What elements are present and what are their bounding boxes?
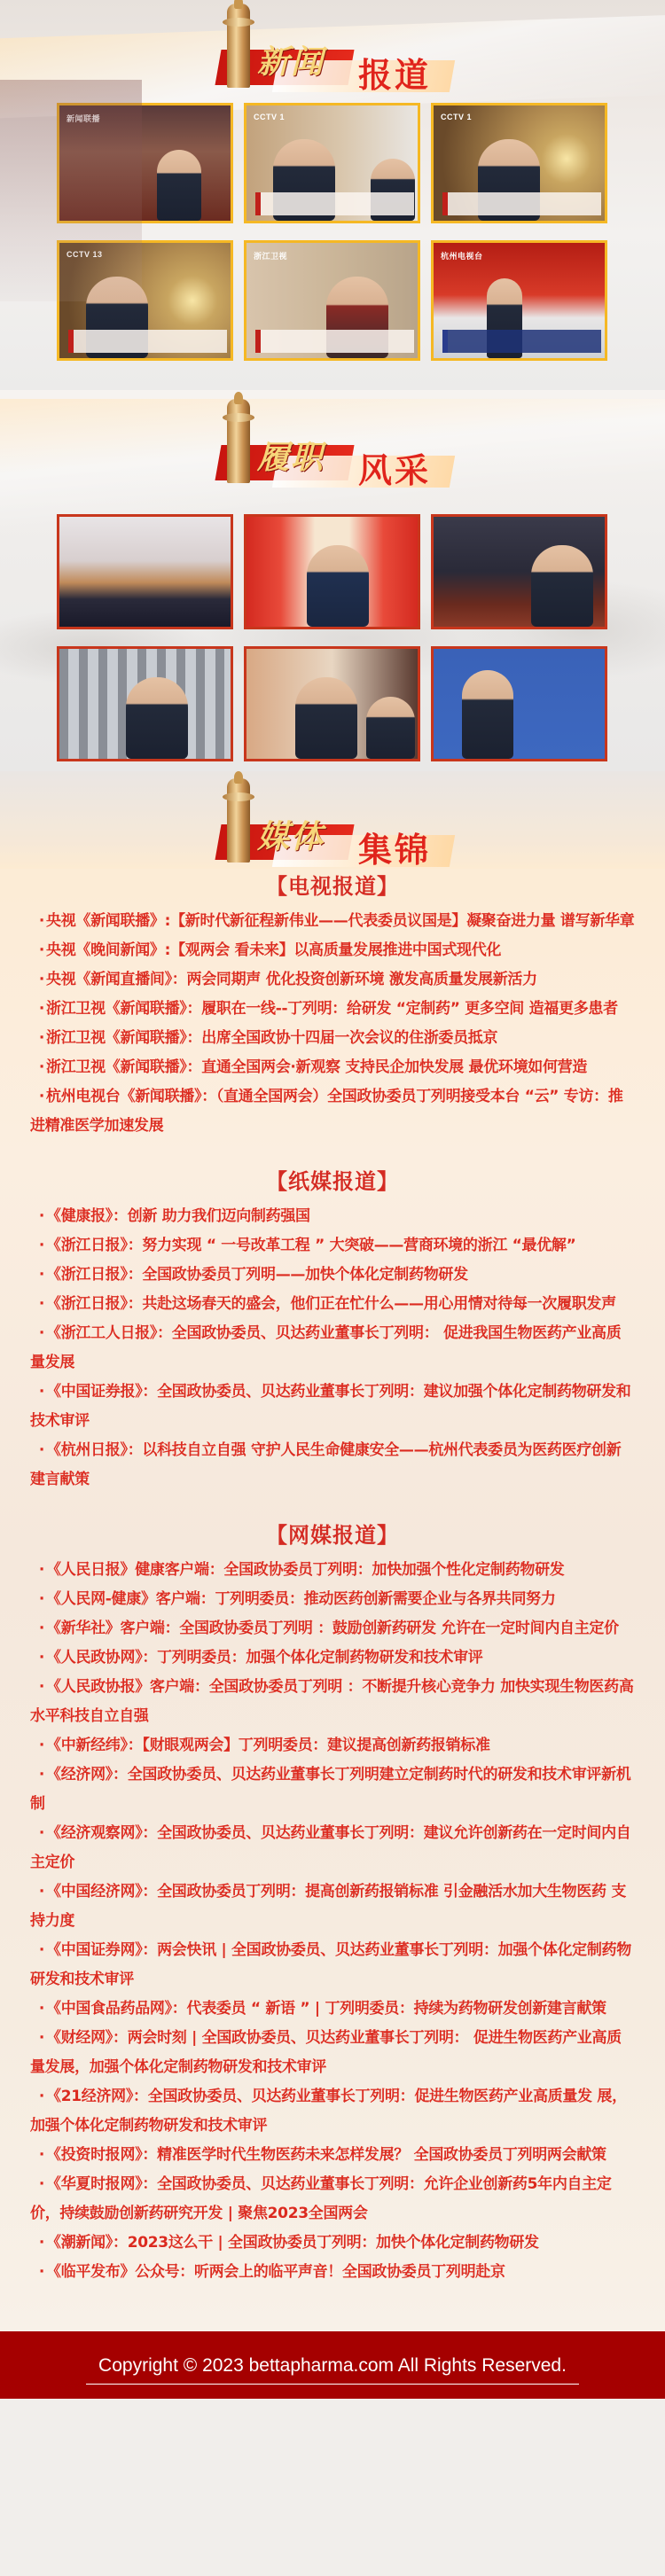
bullet-icon: · — [34, 1082, 46, 1112]
list-item[interactable]: ·《人民政协网》：丁列明委员：加强个体化定制药物研发和技术审评 — [30, 1643, 635, 1673]
duty-photo-grid — [57, 514, 608, 761]
bullet-icon: · — [34, 1877, 46, 1907]
list-item[interactable]: ·《人民网-健康》客户端：丁列明委员：推动医药创新需要企业与各界共同努力 — [30, 1585, 635, 1614]
list-item[interactable]: ·《浙江工人日报》：全国政协委员、贝达药业董事长丁列明： 促进我国生物医药产业高… — [30, 1319, 635, 1378]
list-item[interactable]: ·《健康报》：创新 助力我们迈向制药强国 — [30, 1202, 635, 1231]
bullet-icon: · — [34, 1643, 46, 1673]
bullet-icon: · — [34, 995, 46, 1024]
duty-photo-2[interactable] — [244, 514, 420, 629]
channel-logo: CCTV 13 — [66, 250, 103, 259]
bullet-icon: · — [34, 1614, 46, 1643]
title-script-text: 媒体 — [257, 812, 325, 857]
bullet-icon: · — [34, 1319, 46, 1348]
media-section: 媒体 集锦 【电视报道】 ·央视《新闻联播》:【新时代新征程新伟业——代表委员议… — [0, 771, 665, 2331]
bullet-icon: · — [34, 1556, 46, 1585]
news-section-title: 新闻 报道 — [218, 4, 458, 92]
channel-logo: 新闻联播 — [66, 113, 100, 124]
channel-logo: CCTV 1 — [254, 113, 285, 121]
bullet-icon: · — [34, 1994, 46, 2024]
print-report-list: ·《健康报》：创新 助力我们迈向制药强国 ·《浙江日报》：努力实现 “ 一号改革… — [30, 1202, 635, 1495]
news-photo-grid: 新闻联播 CCTV 1 CCTV 1 CCTV 13 浙江卫视 — [57, 103, 608, 361]
list-item[interactable]: ·《杭州日报》：以科技自立自强 守护人民生命健康安全——杭州代表委员为医药医疗创… — [30, 1436, 635, 1495]
list-item[interactable]: ·浙江卫视《新闻联播》：直通全国两会·新观察 支持民企加快发展 最优环境如何营造 — [30, 1053, 635, 1082]
media-section-header: 媒体 集锦 — [0, 771, 665, 869]
tv-caption-bar — [442, 330, 601, 353]
list-item[interactable]: ·《人民日报》健康客户端：全国政协委员丁列明：加快加强个性化定制药物研发 — [30, 1556, 635, 1585]
category-title-print: 【纸媒报道】 — [30, 1164, 635, 1195]
bullet-icon: · — [34, 1936, 46, 1965]
duty-section: 履职 风采 — [0, 390, 665, 771]
title-plain-text: 报道 — [358, 48, 431, 97]
category-title-online: 【网媒报道】 — [30, 1518, 635, 1549]
news-photo-6[interactable]: 杭州电视台 — [431, 240, 607, 361]
list-item[interactable]: ·《中国经济网》：全国政协委员丁列明：提高创新药报销标准 引金融活水加大生物医药… — [30, 1877, 635, 1936]
news-photo-2[interactable]: CCTV 1 — [244, 103, 420, 223]
tv-caption-bar — [68, 330, 227, 353]
tv-caption-bar — [255, 192, 414, 215]
huabiao-pillar-icon — [227, 778, 250, 863]
bullet-icon: · — [34, 1585, 46, 1614]
list-item[interactable]: ·浙江卫视《新闻联播》：出席全国政协十四届一次会议的住浙委员抵京 — [30, 1024, 635, 1053]
title-script-text: 新闻 — [257, 37, 325, 82]
list-item[interactable]: ·《临平发布》公众号：听两会上的临平声音！全国政协委员丁列明赴京 — [30, 2258, 635, 2287]
list-item[interactable]: ·《经济观察网》：全国政协委员、贝达药业董事长丁列明：建议允许创新药在一定时间内… — [30, 1819, 635, 1877]
title-plain-text: 集锦 — [358, 823, 431, 871]
bullet-icon: · — [34, 2082, 46, 2112]
bullet-icon: · — [34, 1231, 46, 1261]
media-content: 【电视报道】 ·央视《新闻联播》:【新时代新征程新伟业——代表委员议国是】凝聚奋… — [0, 869, 665, 2287]
channel-logo: 浙江卫视 — [254, 250, 287, 262]
online-report-list: ·《人民日报》健康客户端：全国政协委员丁列明：加快加强个性化定制药物研发 ·《人… — [30, 1556, 635, 2287]
news-photo-5[interactable]: 浙江卫视 — [244, 240, 420, 361]
bullet-icon: · — [34, 2024, 46, 2053]
media-section-title: 媒体 集锦 — [218, 778, 458, 867]
category-title-tv: 【电视报道】 — [30, 869, 635, 900]
huabiao-pillar-icon — [227, 4, 250, 88]
list-item[interactable]: ·央视《新闻直播间》：两会同期声 优化投资创新环境 激发高质量发展新活力 — [30, 965, 635, 995]
bullet-icon: · — [34, 907, 46, 936]
bullet-icon: · — [34, 2141, 46, 2170]
list-item[interactable]: ·《中新经纬》：【财眼观两会】丁列明委员：建议提高创新药报销标准 — [30, 1731, 635, 1760]
bullet-icon: · — [34, 965, 46, 995]
list-item[interactable]: ·央视《晚间新闻》:【观两会 看未来】以高质量发展推进中国式现代化 — [30, 936, 635, 965]
bullet-icon: · — [34, 1053, 46, 1082]
list-item[interactable]: ·《财经网》：两会时刻 | 全国政协委员、贝达药业董事长丁列明： 促进生物医药产… — [30, 2024, 635, 2082]
list-item[interactable]: ·浙江卫视《新闻联播》：履职在一线--丁列明：给研发 “定制药” 更多空间 造福… — [30, 995, 635, 1024]
list-item[interactable]: ·《人民政协报》客户端：全国政协委员丁列明 ：不断提升核心竞争力 加快实现生物医… — [30, 1673, 635, 1731]
tv-report-list: ·央视《新闻联播》:【新时代新征程新伟业——代表委员议国是】凝聚奋进力量 谱写新… — [30, 907, 635, 1141]
duty-photo-1[interactable] — [57, 514, 233, 629]
bullet-icon: · — [34, 1731, 46, 1760]
tv-caption-bar — [442, 192, 601, 215]
bullet-icon: · — [34, 936, 46, 965]
bullet-icon: · — [34, 1202, 46, 1231]
list-item[interactable]: ·《中国证券网》：两会快讯 | 全国政协委员、贝达药业董事长丁列明：加强个体化定… — [30, 1936, 635, 1994]
title-plain-text: 风采 — [358, 443, 431, 492]
list-item[interactable]: ·《投资时报网》：精准医学时代生物医药未来怎样发展？ 全国政协委员丁列明两会献策 — [30, 2141, 635, 2170]
bullet-icon: · — [34, 2229, 46, 2258]
bullet-icon: · — [34, 1290, 46, 1319]
copyright-text: Copyright © 2023 bettapharma.com All Rig… — [86, 2355, 579, 2385]
bullet-icon: · — [34, 2258, 46, 2287]
news-section: 新闻 报道 新闻联播 CCTV 1 CCTV 1 CCTV 13 — [0, 0, 665, 390]
list-item[interactable]: ·《中国证券报》：全国政协委员、贝达药业董事长丁列明：建议加强个体化定制药物研发… — [30, 1378, 635, 1436]
list-item[interactable]: ·《经济网》：全国政协委员、贝达药业董事长丁列明建立定制药时代的研发和技术审评新… — [30, 1760, 635, 1819]
bullet-icon: · — [34, 1436, 46, 1465]
bullet-icon: · — [34, 2170, 46, 2199]
list-item[interactable]: ·《浙江日报》：努力实现 “ 一号改革工程 ” 大突破——营商环境的浙江 “最优… — [30, 1231, 635, 1261]
footer: Copyright © 2023 bettapharma.com All Rig… — [0, 2331, 665, 2399]
list-item[interactable]: ·《潮新闻》：2023这么干 | 全国政协委员丁列明：加快个体化定制药物研发 — [30, 2229, 635, 2258]
list-item[interactable]: ·《新华社》客户端：全国政协委员丁列明 ：鼓励创新药研发 允许在一定时间内自主定… — [30, 1614, 635, 1643]
duty-photo-4[interactable] — [57, 646, 233, 761]
list-item[interactable]: ·央视《新闻联播》:【新时代新征程新伟业——代表委员议国是】凝聚奋进力量 谱写新… — [30, 907, 635, 936]
duty-photo-6[interactable] — [431, 646, 607, 761]
news-photo-3[interactable]: CCTV 1 — [431, 103, 607, 223]
tv-caption-bar — [255, 330, 414, 353]
title-script-text: 履职 — [257, 433, 325, 478]
duty-section-title: 履职 风采 — [218, 399, 458, 488]
duty-photo-5[interactable] — [244, 646, 420, 761]
list-item[interactable]: ·杭州电视台《新闻联播》：（直通全国两会）全国政协委员丁列明接受本台 “云” 专… — [30, 1082, 635, 1141]
list-item[interactable]: ·《华夏时报网》：全国政协委员、贝达药业董事长丁列明：允许企业创新药5年内自主定… — [30, 2170, 635, 2229]
bullet-icon: · — [34, 1760, 46, 1790]
list-item[interactable]: ·《中国食品药品网》：代表委员 “ 新语 ” | 丁列明委员：持续为药物研发创新… — [30, 1994, 635, 2024]
list-item[interactable]: ·《21经济网》：全国政协委员、贝达药业董事长丁列明：促进生物医药产业高质量发 … — [30, 2082, 635, 2141]
bullet-icon: · — [34, 1819, 46, 1848]
channel-logo: 杭州电视台 — [441, 250, 483, 262]
channel-logo: CCTV 1 — [441, 113, 472, 121]
list-item[interactable]: ·《浙江日报》：全国政协委员丁列明——加快个体化定制药物研发 — [30, 1261, 635, 1290]
bullet-icon: · — [34, 1261, 46, 1290]
duty-photo-3[interactable] — [431, 514, 607, 629]
bullet-icon: · — [34, 1673, 46, 1702]
news-photo-1[interactable]: 新闻联播 — [57, 103, 233, 223]
news-photo-4[interactable]: CCTV 13 — [57, 240, 233, 361]
huabiao-pillar-icon — [227, 399, 250, 483]
bullet-icon: · — [34, 1024, 46, 1053]
list-item[interactable]: ·《浙江日报》：共赴这场春天的盛会，他们正在忙什么——用心用情对待每一次履职发声 — [30, 1290, 635, 1319]
bullet-icon: · — [34, 1378, 46, 1407]
